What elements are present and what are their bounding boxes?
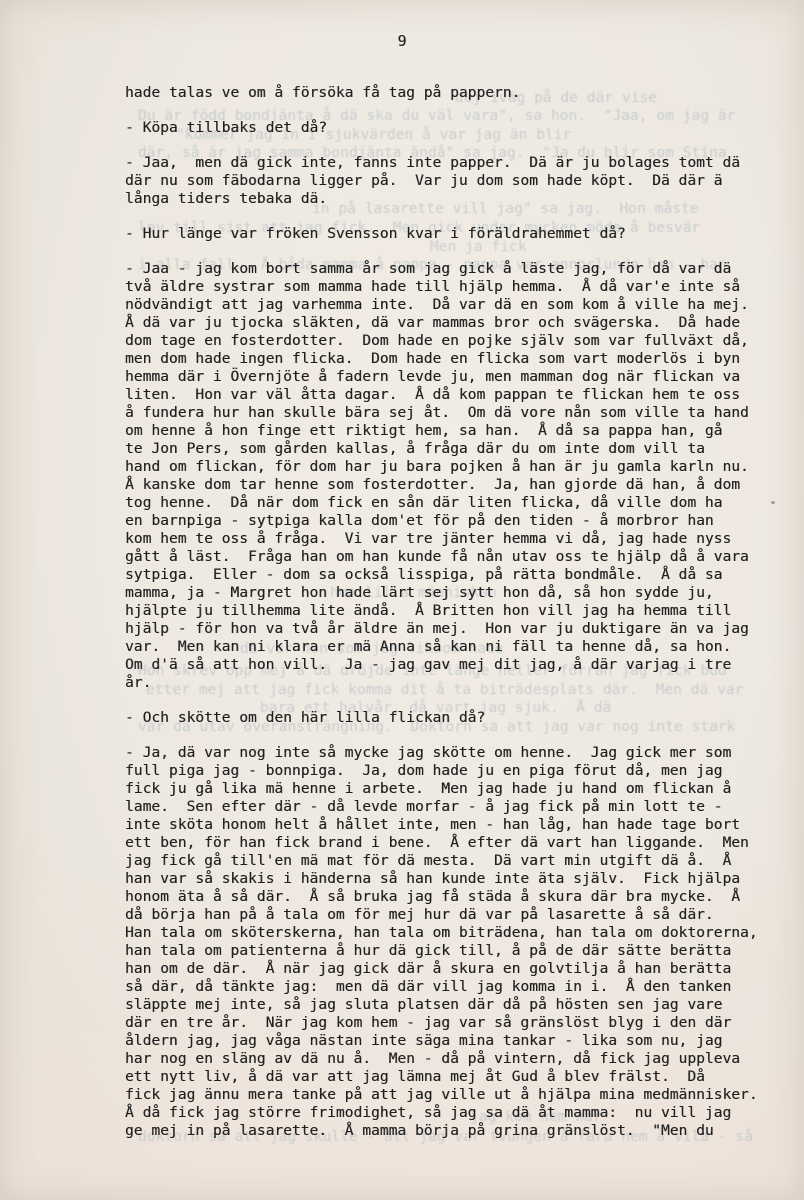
text-line: en barnpiga - sytpiga kalla dom'et för p… [125, 512, 793, 530]
text-line: nödvändigt att jag varhemma inte. Då var… [125, 296, 793, 314]
paragraph: - Köpa tillbaks det då? [125, 119, 793, 137]
text-line: inte sköta honom helt å hållet inte, men… [125, 816, 793, 834]
paragraph: - Jaa, men dä gick inte, fanns inte papp… [125, 154, 793, 208]
paragraph: - Hur länge var fröken Svensson kvar i f… [125, 225, 793, 243]
text-line: han om de där. Å när jag gick där å skur… [125, 960, 793, 978]
text-line: gått å läst. Fråga han om han kunde få n… [125, 548, 793, 566]
text-line: fick jag ännu mera tanke på att jag vill… [125, 1086, 793, 1104]
text-line: två äldre systrar som mamma hade till hj… [125, 278, 793, 296]
text-line: Å kanske dom tar henne som fosterdotter.… [125, 476, 793, 494]
text-line: hjälp - för hon va två år äldre än mej. … [125, 620, 793, 638]
text-line: dom tage en fosterdotter. Dom hade en po… [125, 332, 793, 350]
text-line: - Och skötte om den här lilla flickan då… [125, 709, 793, 727]
text-line: kom hem te oss å fråga. Vi var tre jänte… [125, 530, 793, 548]
text-line: långa tiders tebaka dä. [125, 190, 793, 208]
text-line: hand om flickan, för dom har ju bara poj… [125, 458, 793, 476]
text-line: år. [125, 674, 793, 692]
paper-speck [771, 501, 775, 504]
text-line: fick ju gå lika mä henne i arbete. Men j… [125, 780, 793, 798]
text-line: - Jaa - jag kom bort samma år som jag gi… [125, 260, 793, 278]
text-line: där nu som fäbodarna ligger på. Var ju d… [125, 172, 793, 190]
text-line: Om d'ä så att hon vill. Ja - jag gav mej… [125, 656, 793, 674]
text-line: men dom hade ingen flicka. Dom hade en f… [125, 350, 793, 368]
text-line: liten. Hon var väl åtta dagar. Å då kom … [125, 386, 793, 404]
text-line: sytpiga. Eller - dom sa också lisspiga, … [125, 566, 793, 584]
text-line: han var så skakis i händerna så han kund… [125, 870, 793, 888]
text-line: var. Men kan ni klara er mä Anna så kan … [125, 638, 793, 656]
text-line: hemma där i Övernjöte å fadern levde ju,… [125, 368, 793, 386]
text-line: har nog en släng av dä nu å. Men - då på… [125, 1050, 793, 1068]
text-line: Han tala om sköterskerna, han tala om bi… [125, 924, 793, 942]
text-line: mamma, ja - Margret hon hade lärt sej sy… [125, 584, 793, 602]
text-line: lame. Sen efter där - då levde morfar - … [125, 798, 793, 816]
text-line: te Jon Pers, som gården kallas, å fråga … [125, 440, 793, 458]
paragraph: hade talas ve om å försöka få tag på pap… [125, 84, 793, 102]
text-line: ge mej in på lasarette. Å mamma börja på… [125, 1122, 793, 1140]
text-line: Å dä var ju tjocka släkten, dä var mamma… [125, 314, 793, 332]
text-line: full piga jag - bonnpiga. Ja, dom hade j… [125, 762, 793, 780]
text-block: hade talas ve om å försöka få tag på pap… [125, 84, 793, 1140]
text-line: - Jaa, men dä gick inte, fanns inte papp… [125, 154, 793, 172]
text-line: han tala om patienterna å hur dä gick ti… [125, 942, 793, 960]
text-line: jag fick gå till'en mä mat för dä mesta.… [125, 852, 793, 870]
text-line: släppte mej inte, så jag sluta platsen d… [125, 996, 793, 1014]
text-line: tog henne. Då när dom fick en sån där li… [125, 494, 793, 512]
paragraph: - Ja, dä var nog inte så mycke jag skött… [125, 744, 793, 1140]
scanned-page: dej iväg på de där viseDu är född bondjä… [0, 0, 804, 1200]
text-line: hade talas ve om å försöka få tag på pap… [125, 84, 793, 102]
text-line: - Köpa tillbaks det då? [125, 119, 793, 137]
text-line: honom äta å så där. Å så bruka jag få st… [125, 888, 793, 906]
text-line: ett ben, för han fick brand i bene. Å ef… [125, 834, 793, 852]
text-line: - Hur länge var fröken Svensson kvar i f… [125, 225, 793, 243]
text-line: om henne å hon finge ett riktigt hem, sa… [125, 422, 793, 440]
text-line: ett nytt liv, å dä var att jag lämna mej… [125, 1068, 793, 1086]
text-line: Å då fick jag större frimodighet, så jag… [125, 1104, 793, 1122]
text-line: å fundera hur han skulle bära sej åt. Om… [125, 404, 793, 422]
paragraph: - Och skötte om den här lilla flickan då… [125, 709, 793, 727]
page-number: 9 [0, 30, 804, 52]
text-line: åldern jag, jag våga nästan inte säga mi… [125, 1032, 793, 1050]
text-line: då börja han på å tala om för mej hur dä… [125, 906, 793, 924]
text-line: så där, då tänkte jag: men dä där vill j… [125, 978, 793, 996]
text-line: - Ja, dä var nog inte så mycke jag skött… [125, 744, 793, 762]
paragraph: - Jaa - jag kom bort samma år som jag gi… [125, 260, 793, 692]
text-line: hjälpte ju tillhemma lite ändå. Å Britte… [125, 602, 793, 620]
text-line: där en tre år. När jag kom hem - jag var… [125, 1014, 793, 1032]
